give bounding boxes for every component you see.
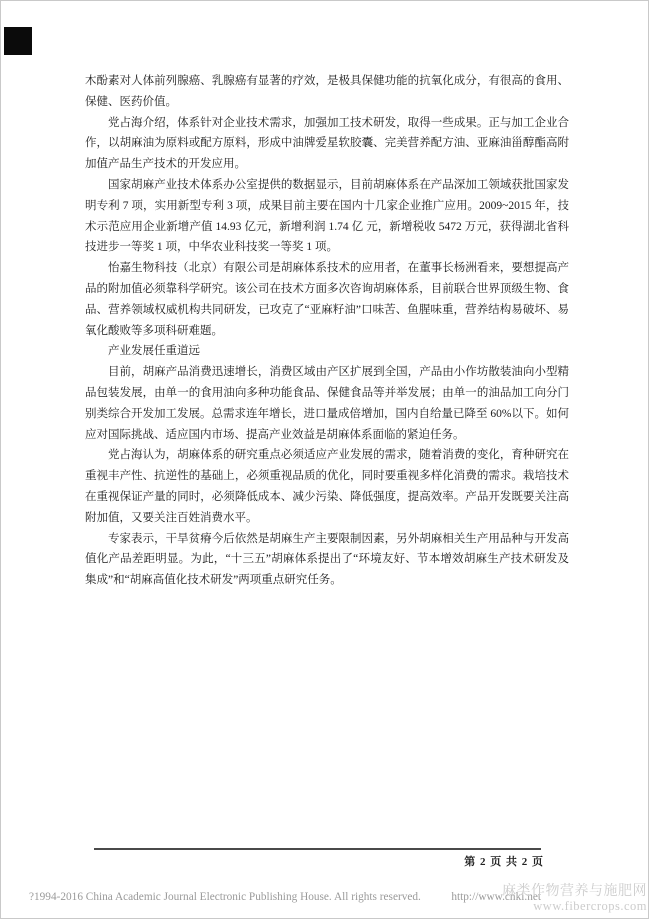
scan-artifact-mark [4,27,32,55]
body-paragraph: 木酚素对人体前列腺癌、乳腺癌有显著的疗效，是极具保健功能的抗氧化成分，有很高的食… [85,71,569,113]
page-number-indicator: 第 2 页 共 2 页 [464,853,544,869]
copyright-text: ?1994-2016 China Academic Journal Electr… [29,891,421,903]
copyright-line: ?1994-2016 China Academic Journal Electr… [29,891,541,903]
footer-divider [94,848,541,850]
section-subheading: 产业发展任重道远 [85,341,569,362]
watermark-site-url: www.fibercrops.com [502,899,647,913]
article-body: 木酚素对人体前列腺癌、乳腺癌有显著的疗效，是极具保健功能的抗氧化成分，有很高的食… [85,71,569,591]
body-paragraph: 国家胡麻产业技术体系办公室提供的数据显示，目前胡麻体系在产品深加工领域获批国家发… [85,175,569,258]
body-paragraph: 专家表示，干旱贫瘠今后依然是胡麻生产主要限制因素，另外胡麻相关生产用品种与开发高… [85,529,569,591]
watermark-site-name: 麻类作物营养与施肥网 [502,885,647,899]
document-page: 木酚素对人体前列腺癌、乳腺癌有显著的疗效，是极具保健功能的抗氧化成分，有很高的食… [0,0,649,919]
body-paragraph: 党占海认为，胡麻体系的研究重点必须适应产业发展的需求，随着消费的变化，育种研究在… [85,445,569,528]
site-watermark: 麻类作物营养与施肥网 www.fibercrops.com [502,885,647,913]
body-paragraph: 目前，胡麻产品消费迅速增长，消费区域由产区扩展到全国，产品由小作坊散装油向小型精… [85,362,569,445]
body-paragraph: 怡嘉生物科技（北京）有限公司是胡麻体系技术的应用者，在董事长杨洲看来，要想提高产… [85,258,569,341]
body-paragraph: 党占海介绍，体系针对企业技术需求，加强加工技术研发，取得一些成果。正与加工企业合… [85,113,569,175]
